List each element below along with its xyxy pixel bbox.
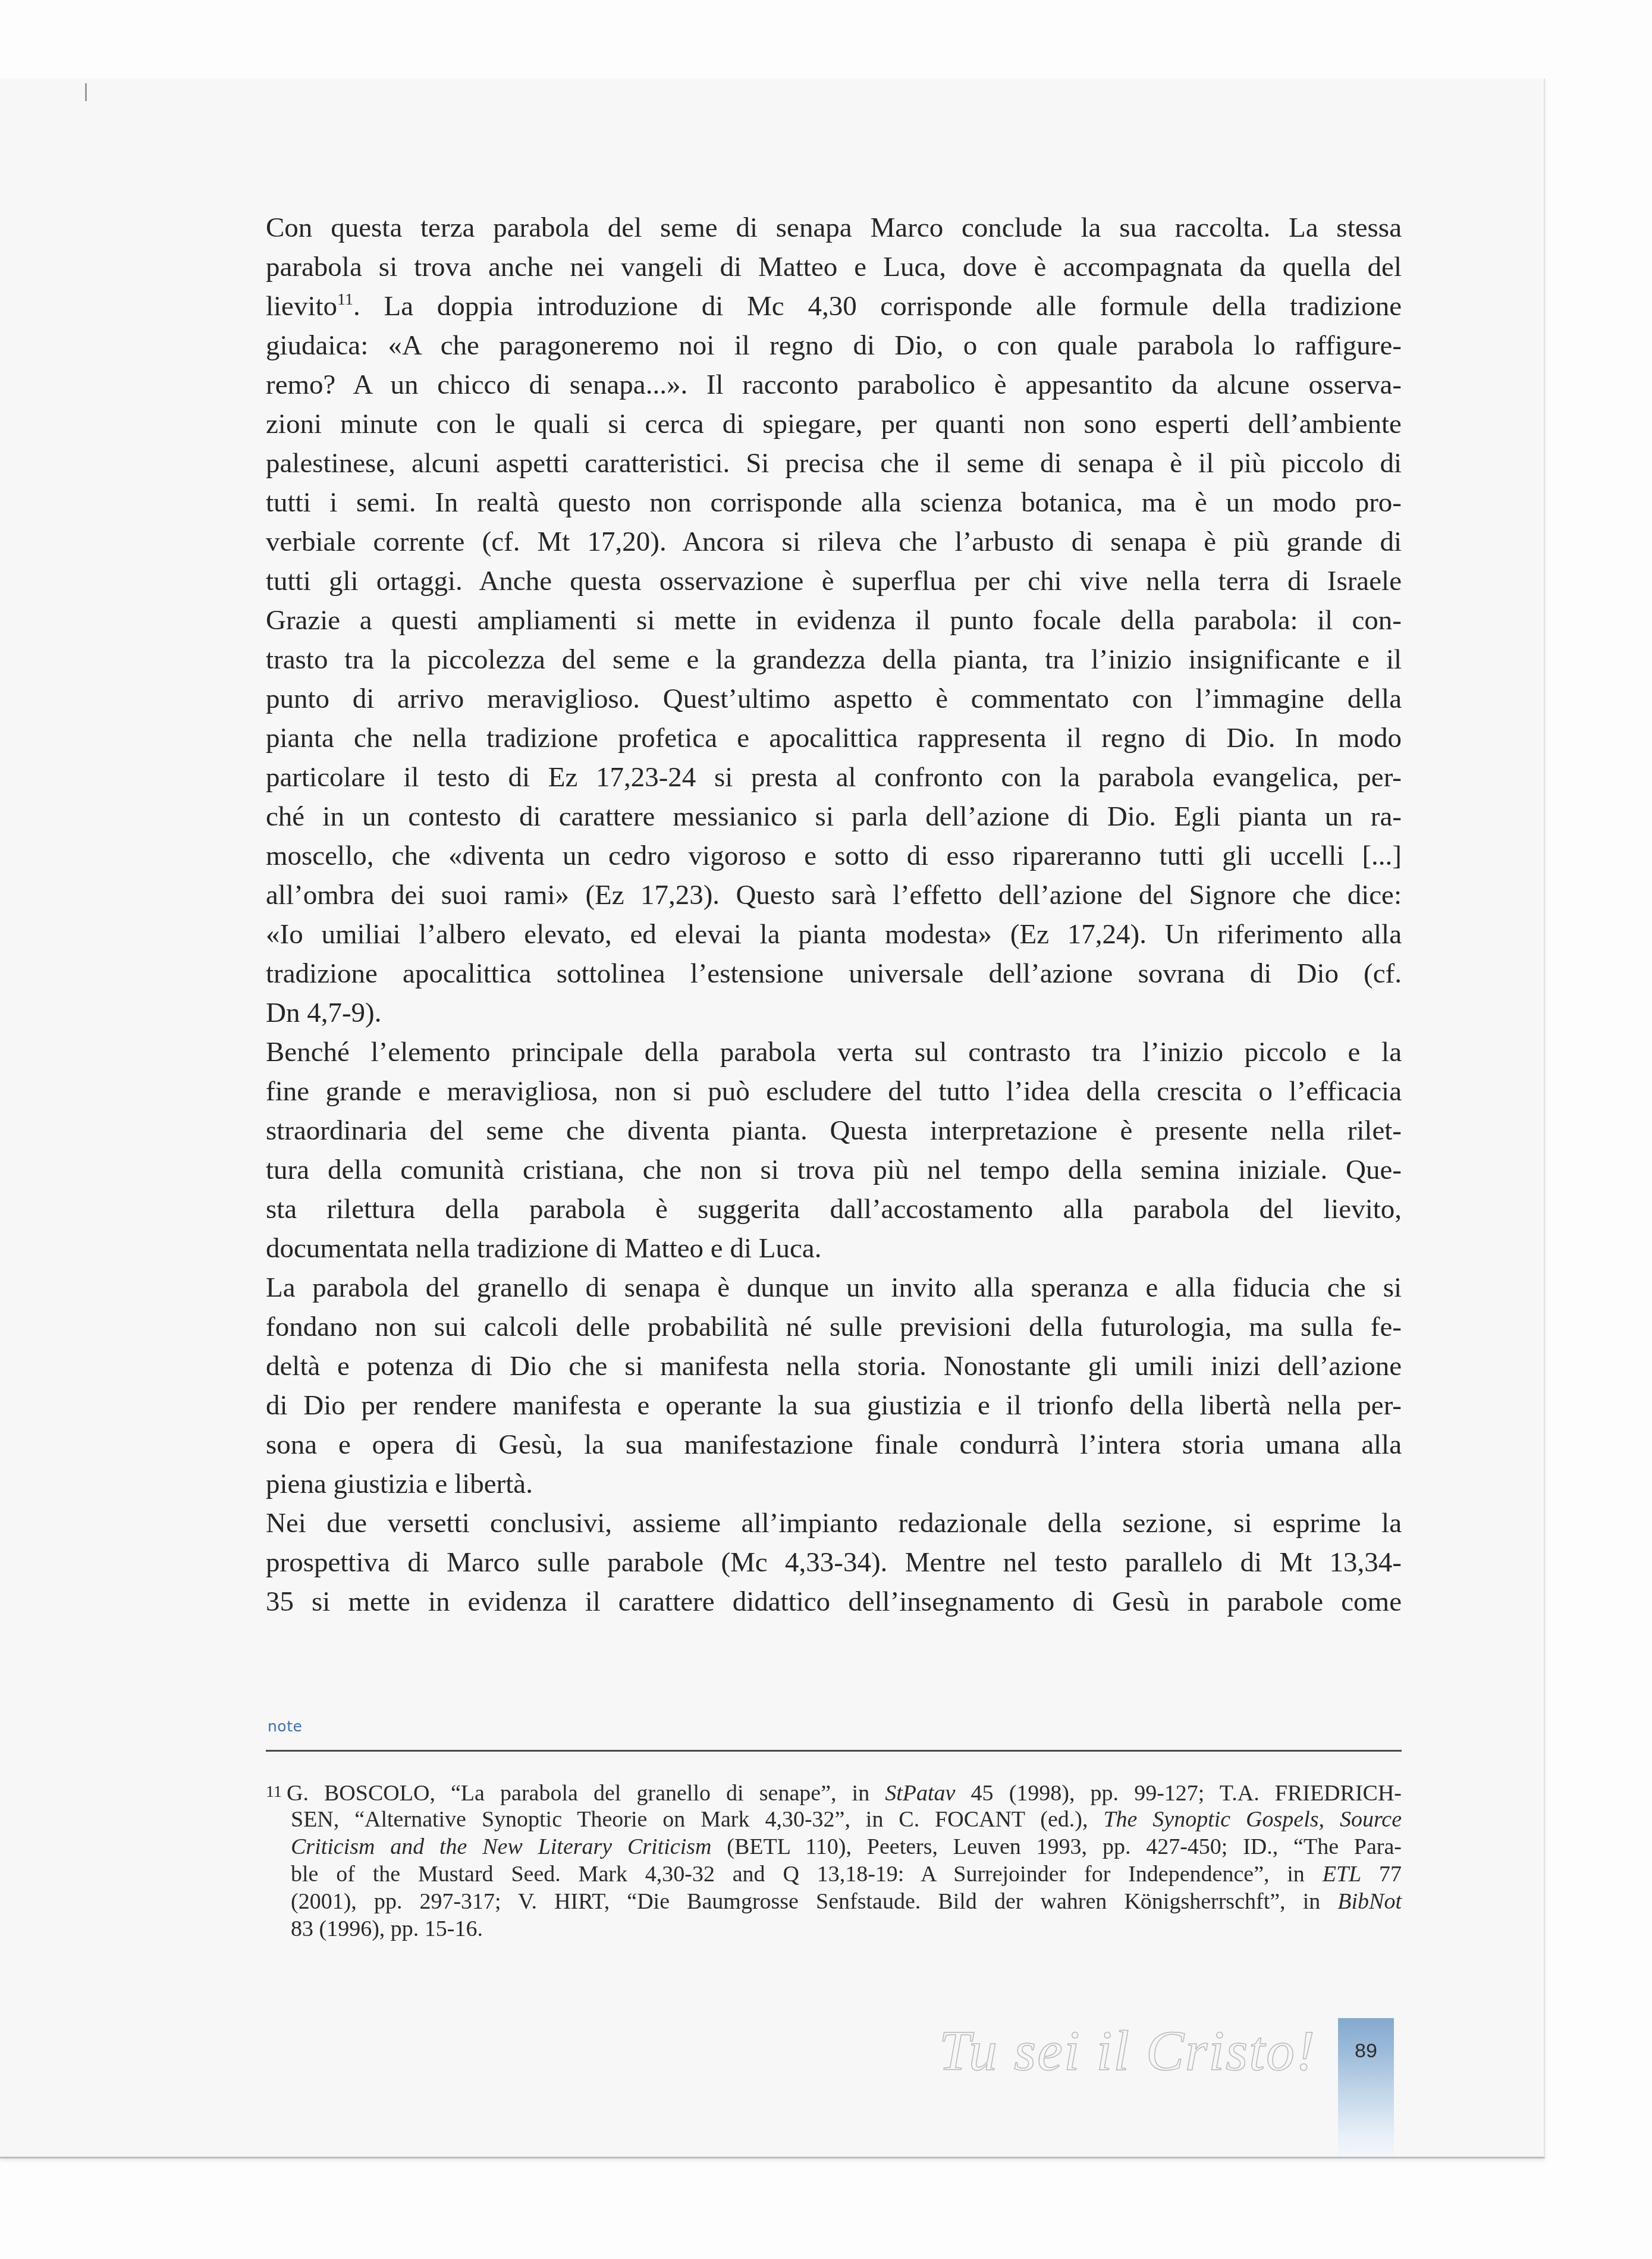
text-line: tutti i semi. In realtà questo non corri… [266, 483, 1402, 522]
text-line: parabola si trova anche nei vangeli di M… [266, 247, 1402, 287]
footnote-run: 45 (1998), pp. 99-127; T.A. FRIEDRICH- [955, 1781, 1402, 1806]
text-line: fine grande e meravigliosa, non si può e… [266, 1072, 1402, 1111]
text-line: tutti gli ortaggi. Anche questa osservaz… [266, 561, 1402, 601]
footnote-run: (2001), pp. 297-317; V. HIRT, “Die Baumg… [291, 1889, 1337, 1914]
running-title: Tu sei il Cristo! [939, 2018, 1316, 2084]
text-line: Benché l’elemento principale della parab… [266, 1033, 1402, 1072]
text-line: Con questa terza parabola del seme di se… [266, 208, 1402, 247]
footnotes-block: 11G. BOSCOLO, “La parabola del granello … [266, 1778, 1402, 1943]
text-line: trasto tra la piccolezza del seme e la g… [266, 640, 1402, 679]
footnote-line: SEN, “Alternative Synoptic Theorie on Ma… [266, 1806, 1402, 1833]
text-line: Grazie a questi ampliamenti si mette in … [266, 601, 1402, 640]
footnote-run: 83 (1996), pp. 15-16. [291, 1916, 483, 1941]
footnote-text: SEN, “Alternative Synoptic Theorie on Ma… [291, 1807, 1402, 1832]
text-line: sona e opera di Gesù, la sua manifestazi… [266, 1425, 1402, 1464]
footnote-title-italic: The Synoptic Gospels, Source [1103, 1807, 1402, 1832]
text-line: particolare il testo di Ez 17,23-24 si p… [266, 758, 1402, 797]
footnote-line: 83 (1996), pp. 15-16. [266, 1915, 1402, 1943]
footnote-line: (2001), pp. 297-317; V. HIRT, “Die Baumg… [266, 1888, 1402, 1915]
footnote-text: Criticism and the New Literary Criticism… [291, 1834, 1402, 1859]
text-line: fondano non sui calcoli delle probabilit… [266, 1307, 1402, 1347]
text-line: straordinaria del seme che diventa piant… [266, 1111, 1402, 1150]
binding-mark [85, 83, 87, 101]
main-text-block: Con questa terza parabola del seme di se… [266, 208, 1402, 1621]
text-line: «Io umiliai l’albero elevato, ed elevai … [266, 915, 1402, 954]
text-fragment: . La doppia introduzione di Mc 4,30 corr… [353, 291, 1402, 322]
text-line: Nei due versetti conclusivi, assieme all… [266, 1504, 1402, 1543]
text-line: all’ombra dei suoi rami» (Ez 17,23). Que… [266, 876, 1402, 915]
footnote-reference[interactable]: 11 [337, 290, 353, 309]
text-line: zioni minute con le quali si cerca di sp… [266, 404, 1402, 444]
text-fragment: lievito [266, 291, 337, 322]
text-line: Dn 4,7-9). [266, 993, 1402, 1033]
text-line: La parabola del granello di senapa è dun… [266, 1268, 1402, 1307]
footnote-title-italic: BibNot [1337, 1889, 1402, 1914]
text-line: remo? A un chicco di senapa...». Il racc… [266, 365, 1402, 404]
text-line: documentata nella tradizione di Matteo e… [266, 1229, 1402, 1268]
text-line: lievito11. La doppia introduzione di Mc … [266, 287, 1402, 326]
text-line: di Dio per rendere manifesta e operante … [266, 1386, 1402, 1425]
text-line: verbiale corrente (cf. Mt 17,20). Ancora… [266, 522, 1402, 561]
footnote-text: (2001), pp. 297-317; V. HIRT, “Die Baumg… [291, 1889, 1402, 1914]
footnote-run: ble of the Mustard Seed. Mark 4,30-32 an… [291, 1862, 1323, 1887]
text-line: piena giustizia e libertà. [266, 1464, 1402, 1504]
text-line: ché in un contesto di carattere messiani… [266, 797, 1402, 836]
footnote-number: 11 [266, 1783, 282, 1801]
footnote-text: G. BOSCOLO, “La parabola del granello di… [287, 1781, 1402, 1806]
text-line: tura della comunità cristiana, che non s… [266, 1150, 1402, 1190]
text-line: giudaica: «A che paragoneremo noi il reg… [266, 326, 1402, 365]
footnote-run: 77 [1361, 1862, 1402, 1887]
page-number-tab: 89 [1338, 2018, 1394, 2157]
text-line: tradizione apocalittica sottolinea l’est… [266, 954, 1402, 993]
footnote-text: 83 (1996), pp. 15-16. [291, 1916, 483, 1941]
footnote-title-italic: Criticism and the New Literary Criticism [291, 1834, 711, 1859]
text-line: palestinese, alcuni aspetti caratteristi… [266, 444, 1402, 483]
footnote-run: (BETL 110), Peeters, Leuven 1993, pp. 42… [711, 1834, 1402, 1859]
text-line: 35 si mette in evidenza il carattere did… [266, 1582, 1402, 1621]
text-line: pianta che nella tradizione profetica e … [266, 719, 1402, 758]
footnote-title-italic: StPatav [885, 1781, 955, 1806]
footnote-line: ble of the Mustard Seed. Mark 4,30-32 an… [266, 1860, 1402, 1888]
footnote-title-italic: ETL [1323, 1862, 1361, 1887]
footnote-line: 11G. BOSCOLO, “La parabola del granello … [266, 1778, 1402, 1806]
notes-divider [266, 1750, 1402, 1752]
text-line: punto di arrivo meraviglioso. Quest’ulti… [266, 679, 1402, 719]
text-line: moscello, che «diventa un cedro vigoroso… [266, 836, 1402, 876]
footnote-run: G. BOSCOLO, “La parabola del granello di… [287, 1781, 885, 1806]
text-line: sta rilettura della parabola è suggerita… [266, 1190, 1402, 1229]
text-line: prospettiva di Marco sulle parabole (Mc … [266, 1543, 1402, 1582]
notes-section-label: note [268, 1718, 302, 1735]
text-line: deltà e potenza di Dio che si manifesta … [266, 1347, 1402, 1386]
page-number: 89 [1338, 2040, 1394, 2063]
footnote-text: ble of the Mustard Seed. Mark 4,30-32 an… [291, 1862, 1402, 1887]
footnote-line: Criticism and the New Literary Criticism… [266, 1833, 1402, 1860]
footnote-run: SEN, “Alternative Synoptic Theorie on Ma… [291, 1807, 1103, 1832]
